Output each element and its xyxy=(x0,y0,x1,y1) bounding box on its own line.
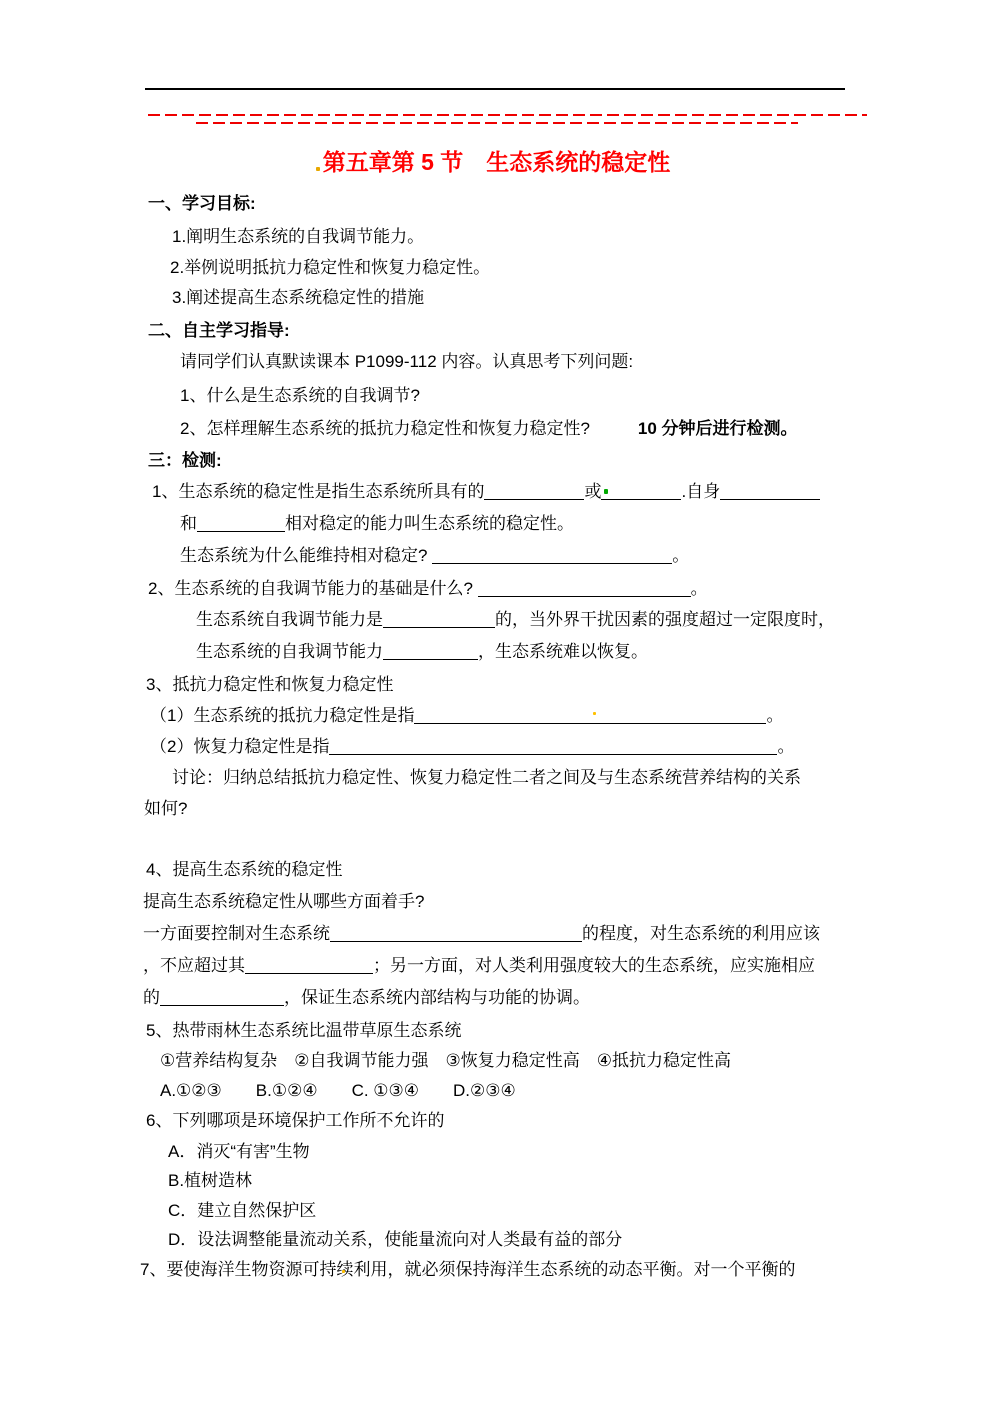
text-run: 的程度，对生态系统的利用应该 xyxy=(582,924,820,943)
text-run: 。 xyxy=(691,579,708,598)
text-run: ，生态系统难以恢复。 xyxy=(478,642,648,661)
page-title: 第五章第 5 节 生态系统的稳定性 xyxy=(145,144,848,177)
text-line: 3.阐述提高生态系统稳定性的措施 xyxy=(172,286,424,309)
text-run: 1、什么是生态系统的自我调节? xyxy=(180,386,420,405)
text-run: ，保证生态系统内部结构与功能的协调。 xyxy=(284,988,590,1007)
fill-in-blank xyxy=(245,958,373,974)
text-run: ；另一方面，对人类利用强度较大的生态系统，应实施相应 xyxy=(373,956,815,975)
text-run: 3、抵抗力稳定性和恢复力稳定性 xyxy=(146,675,393,694)
text-line: B.植树造林 xyxy=(168,1169,252,1192)
text-line: 1.阐明生态系统的自我调节能力。 xyxy=(172,225,424,248)
bold-text-run: 三：检测: xyxy=(148,451,222,470)
text-run: 7、要使海洋生物资源可持续利用，就必须保持海洋生态系统的动态平衡。对一个平衡的 xyxy=(140,1260,795,1279)
text-run: 1.阐明生态系统的自我调节能力。 xyxy=(172,227,424,246)
text-line: 三：检测: xyxy=(148,449,222,472)
text-line: （2）恢复力稳定性是指。 xyxy=(150,735,794,758)
text-run: A．消灭“有害”生物 xyxy=(168,1142,310,1161)
text-run: 2.举例说明抵抗力稳定性和恢复力稳定性。 xyxy=(170,258,490,277)
text-run: 和 xyxy=(180,514,197,533)
text-line: A．消灭“有害”生物 xyxy=(168,1140,310,1163)
text-line: C．建立自然保护区 xyxy=(168,1199,316,1222)
text-run: 。 xyxy=(766,706,783,725)
text-line: 如何? xyxy=(144,797,187,820)
text-line: A.①②③ B.①②④ C. ①③④ D.②③④ xyxy=(160,1079,516,1102)
text-run: 的 xyxy=(143,988,160,1007)
text-run: 相对稳定的能力叫生态系统的稳定性。 xyxy=(285,514,574,533)
proof-mark-dot xyxy=(593,712,596,715)
text-line: 4、提高生态系统的稳定性 xyxy=(146,858,342,881)
text-run: 5、热带雨林生态系统比温带草原生态系统 xyxy=(146,1021,461,1040)
fill-in-blank xyxy=(330,926,582,942)
text-run: 提高生态系统稳定性从哪些方面着手? xyxy=(143,892,424,911)
fill-in-blank xyxy=(160,990,284,1006)
fill-in-blank xyxy=(720,484,820,500)
text-line: 6、下列哪项是环境保护工作所不允许的 xyxy=(146,1109,444,1132)
fill-in-blank xyxy=(383,612,495,628)
fill-in-blank xyxy=(478,581,691,597)
proof-mark-dot xyxy=(316,167,320,171)
text-run: .自身 xyxy=(681,482,720,501)
text-line: （1）生态系统的抵抗力稳定性是指。 xyxy=(150,704,783,727)
fill-in-blank xyxy=(601,484,681,500)
fill-in-blank xyxy=(432,548,672,564)
text-line: 二、自主学习指导: xyxy=(148,319,290,342)
text-run: 3.阐述提高生态系统稳定性的措施 xyxy=(172,288,424,307)
text-run: 一方面要控制对生态系统 xyxy=(143,924,330,943)
text-line: 提高生态系统稳定性从哪些方面着手? xyxy=(143,890,424,913)
text-line: 的，保证生态系统内部结构与功能的协调。 xyxy=(143,986,590,1009)
text-line: 2、生态系统的自我调节能力的基础是什么? 。 xyxy=(148,577,708,600)
red-dashed-line-1 xyxy=(148,114,867,116)
text-run: （1）生态系统的抵抗力稳定性是指 xyxy=(150,706,414,725)
text-run: 生态系统的自我调节能力 xyxy=(196,642,383,661)
bold-text-run: 二、自主学习指导: xyxy=(148,321,290,340)
text-run: 4、提高生态系统的稳定性 xyxy=(146,860,342,879)
text-line: ①营养结构复杂 ②自我调节能力强 ③恢复力稳定性高 ④抵抗力稳定性高 xyxy=(160,1049,731,1072)
text-run: A.①②③ B.①②④ C. ①③④ D.②③④ xyxy=(160,1081,516,1100)
text-run: 生态系统自我调节能力是 xyxy=(196,610,383,629)
text-line: 和相对稳定的能力叫生态系统的稳定性。 xyxy=(180,512,574,535)
red-dashed-line-2 xyxy=(196,122,798,124)
text-run: B.植树造林 xyxy=(168,1171,252,1190)
top-horizontal-rule xyxy=(145,88,845,90)
fill-in-blank xyxy=(383,644,478,660)
text-run: ①营养结构复杂 ②自我调节能力强 ③恢复力稳定性高 ④抵抗力稳定性高 xyxy=(160,1051,731,1070)
text-line: 1、什么是生态系统的自我调节? xyxy=(180,384,420,407)
bold-text-run: 10 分钟后进行检测。 xyxy=(638,419,798,438)
text-line: 2、怎样理解生态系统的抵抗力稳定性和恢复力稳定性?10 分钟后进行检测。 xyxy=(180,417,798,440)
text-line: 生态系统为什么能维持相对稳定? 。 xyxy=(180,544,689,567)
text-line: 生态系统的自我调节能力，生态系统难以恢复。 xyxy=(196,640,648,663)
text-run: 生态系统为什么能维持相对稳定? xyxy=(180,546,432,565)
fill-in-blank xyxy=(197,516,285,532)
proof-mark-dot xyxy=(342,1270,345,1273)
text-run: 2、生态系统的自我调节能力的基础是什么? xyxy=(148,579,478,598)
text-line: 2.举例说明抵抗力稳定性和恢复力稳定性。 xyxy=(170,256,490,279)
text-run: 如何? xyxy=(144,799,187,818)
text-run: 。 xyxy=(672,546,689,565)
proof-mark-dot xyxy=(604,489,608,494)
fill-in-blank xyxy=(484,484,584,500)
text-run: ，不应超过其 xyxy=(143,956,245,975)
text-run: 6、下列哪项是环境保护工作所不允许的 xyxy=(146,1111,444,1130)
fill-in-blank xyxy=(329,739,777,755)
text-run: D．设法调整能量流动关系，使能量流向对人类最有益的部分 xyxy=(168,1230,622,1249)
text-line: 生态系统自我调节能力是的，当外界干扰因素的强度超过一定限度时， xyxy=(196,608,835,631)
text-line: 一方面要控制对生态系统的程度，对生态系统的利用应该 xyxy=(143,922,820,945)
text-line: 一、学习目标: xyxy=(148,192,256,215)
text-run: 1、生态系统的稳定性是指生态系统所具有的 xyxy=(152,482,484,501)
text-line: 请同学们认真默读课本 P1099-112 内容。认真思考下列问题: xyxy=(180,350,633,373)
text-run: 请同学们认真默读课本 P1099-112 内容。认真思考下列问题: xyxy=(180,352,633,371)
text-line: 7、要使海洋生物资源可持续利用，就必须保持海洋生态系统的动态平衡。对一个平衡的 xyxy=(140,1258,795,1281)
text-run: 讨论：归纳总结抵抗力稳定性、恢复力稳定性二者之间及与生态系统营养结构的关系 xyxy=(172,768,801,787)
text-run: 的，当外界干扰因素的强度超过一定限度时， xyxy=(495,610,835,629)
text-line: D．设法调整能量流动关系，使能量流向对人类最有益的部分 xyxy=(168,1228,622,1251)
text-line: 讨论：归纳总结抵抗力稳定性、恢复力稳定性二者之间及与生态系统营养结构的关系 xyxy=(172,766,801,789)
bold-text-run: 一、学习目标: xyxy=(148,194,256,213)
text-line: 1、生态系统的稳定性是指生态系统所具有的或.自身 xyxy=(152,480,820,503)
text-line: 5、热带雨林生态系统比温带草原生态系统 xyxy=(146,1019,461,1042)
text-run: C．建立自然保护区 xyxy=(168,1201,316,1220)
text-run: 。 xyxy=(777,737,794,756)
text-run: （2）恢复力稳定性是指 xyxy=(150,737,329,756)
text-run: 2、怎样理解生态系统的抵抗力稳定性和恢复力稳定性? xyxy=(180,419,590,438)
text-line: ，不应超过其；另一方面，对人类利用强度较大的生态系统，应实施相应 xyxy=(143,954,815,977)
text-line: 3、抵抗力稳定性和恢复力稳定性 xyxy=(146,673,393,696)
fill-in-blank xyxy=(414,708,766,724)
text-run: 或 xyxy=(584,482,601,501)
spacer xyxy=(590,433,638,434)
